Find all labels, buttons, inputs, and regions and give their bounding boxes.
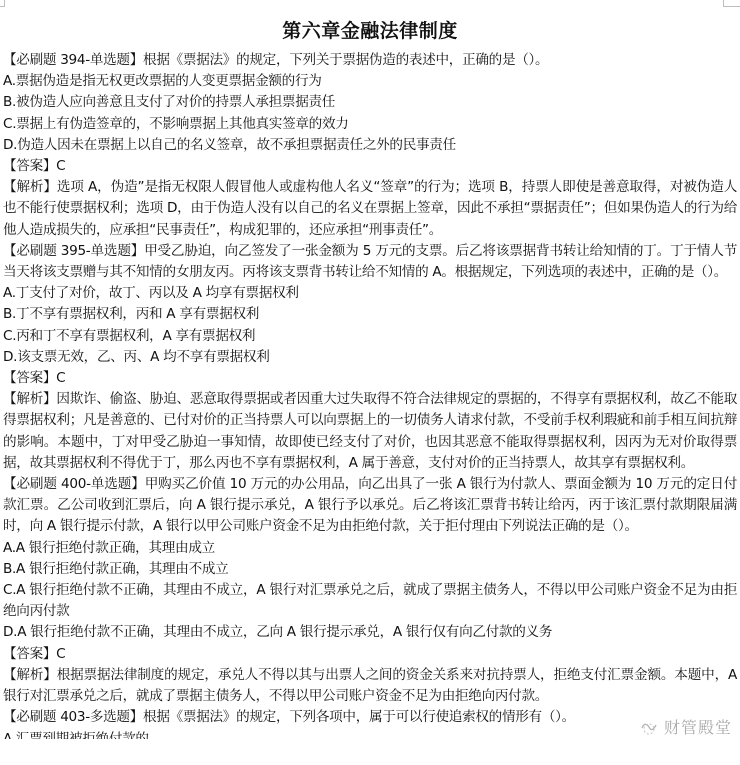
page-crop-mark-top-right (723, 0, 740, 7)
question-395-option-d: D.该支票无效，乙、丙、A 均不享有票据权利 (3, 347, 737, 368)
question-394-stem: 【必刷题 394-单选题】根据《票据法》的规定，下列关于票据伪造的表述中，正确的… (3, 50, 737, 71)
question-395-analysis: 【解析】因欺诈、偷盗、胁迫、恶意取得票据或者因重大过失取得不符合法律规定的票据的… (3, 389, 737, 474)
question-400-option-b: B.A 银行拒绝付款正确，其理由不成立 (3, 559, 737, 580)
question-403-stem: 【必刷题 403-多选题】根据《票据法》的规定，下列各项中，属于可以行使追索权的… (3, 707, 737, 728)
question-403-option-a: A.汇票到期被拒绝付款的 (3, 729, 737, 739)
question-400-option-d: D.A 银行拒绝付款不正确，其理由不成立，乙向 A 银行提示承兑，A 银行仅有向… (3, 622, 737, 643)
question-394-option-a: A.票据伪造是指无权更改票据的人变更票据金额的行为 (3, 71, 737, 92)
document-body: 【必刷题 394-单选题】根据《票据法》的规定，下列关于票据伪造的表述中，正确的… (3, 50, 737, 739)
question-400-option-c: C.A 银行拒绝付款不正确，其理由不成立，A 银行对汇票承兑之后，就成了票据主债… (3, 580, 737, 622)
watermark: 财管殿堂 (636, 715, 736, 738)
question-395-option-a: A.丁支付了对价，故丁、丙以及 A 均享有票据权利 (3, 283, 737, 304)
question-394-option-c: C.票据上有伪造签章的，不影响票据上其他真实签章的效力 (3, 114, 737, 135)
question-395-option-b: B.丁不享有票据权利，丙和 A 享有票据权利 (3, 304, 737, 325)
watermark-text: 财管殿堂 (664, 715, 732, 738)
question-394-analysis: 【解析】选项 A，伪造”是指无权限人假冒他人或虚构他人名义“签章”的行为；选项 … (3, 177, 737, 241)
question-394-option-d: D.伪造人因未在票据上以自己的名义签章，故不承担票据责任之外的民事责任 (3, 135, 737, 156)
page-crop-mark-top-left (0, 0, 5, 7)
wechat-channel-icon (640, 719, 660, 735)
question-400-option-a: A.A 银行拒绝付款正确，其理由成立 (3, 538, 737, 559)
question-400-analysis: 【解析】根据票据法律制度的规定，承兑人不得以其与出票人之间的资金关系来对抗持票人… (3, 665, 737, 707)
question-394-answer: 【答案】C (3, 156, 737, 177)
question-400-stem: 【必刷题 400-单选题】甲购买乙价值 10 万元的办公用品，向乙出具了一张 A… (3, 474, 737, 538)
question-394-option-b: B.被伪造人应向善意且支付了对价的持票人承担票据责任 (3, 92, 737, 113)
question-395-option-c: C.丙和丁不享有票据权利，A 享有票据权利 (3, 326, 737, 347)
question-395-stem: 【必刷题 395-单选题】甲受乙胁迫，向乙签发了一张金额为 5 万元的支票。后乙… (3, 241, 737, 283)
question-400-answer: 【答案】C (3, 644, 737, 665)
question-395-answer: 【答案】C (3, 368, 737, 389)
chapter-title: 第六章金融法律制度 (0, 16, 740, 43)
